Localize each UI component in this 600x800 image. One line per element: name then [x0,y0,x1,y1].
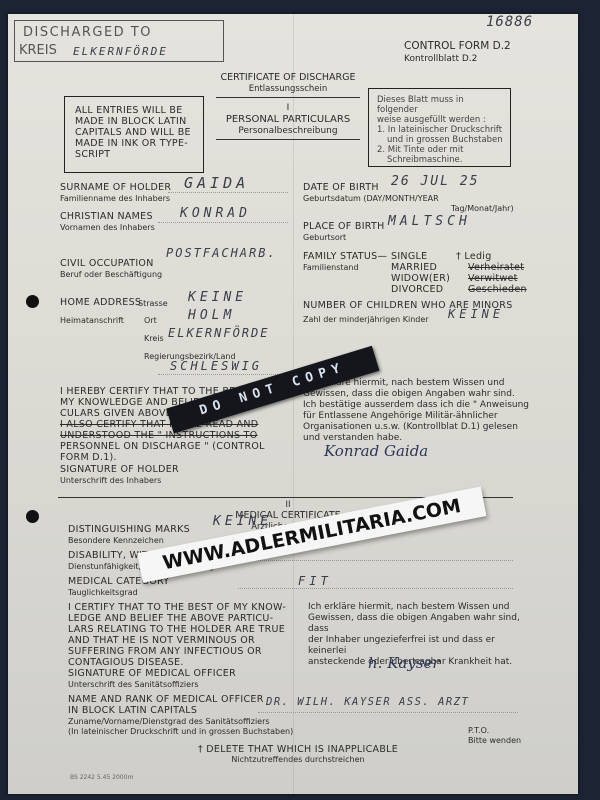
dagger-mark: † [456,251,461,262]
instruction-line: Dieses Blatt muss in folgender [377,95,504,115]
officer-signature: h. Kayser [368,654,440,672]
marks-label: DISTINGUISHING MARKS [68,524,190,535]
marks-label-de: Besondere Kennzeichen [68,536,164,546]
officer-signature-label: SIGNATURE OF MEDICAL OFFICER [68,668,236,679]
control-form-en: CONTROL FORM D.2 [404,40,511,52]
holder-signature: Konrad Gaida [324,442,428,460]
option-ledig: Ledig [464,251,491,262]
discharged-to-stamp: DISCHARGED TO KREIS ELKERNFÖRDE [14,20,224,62]
kreis-value: ELKERNFÖRDE [168,326,269,340]
section2-number: II [208,500,368,510]
instruction-line: MADE IN BLOCK LATIN [75,116,197,127]
cert-line: LARS RELATING TO THE HOLDER ARE TRUE [68,624,293,635]
instructions-box-en: ALL ENTRIES WILL BE MADE IN BLOCK LATIN … [64,96,204,173]
officer-name-label-de2: (In lateinischer Druckschrift und in gro… [68,727,293,737]
category-label-de: Tauglichkeitsgrad [68,588,138,598]
instruction-line: Schreibmaschine. [377,155,504,165]
home-address-label: HOME ADDRESS [60,297,141,308]
pto-label-de: Bitte wenden [468,736,521,746]
holder-signature-label: SIGNATURE OF HOLDER [60,464,179,475]
instruction-line: und in grossen Buchstaben [377,135,504,145]
cert-line: AND THAT HE IS NOT VERMINOUS OR [68,635,293,646]
control-form-de: Kontrollblatt D.2 [404,54,477,64]
dob-value: 26 JUL 25 [391,174,479,189]
option-single: SINGLE [391,251,450,262]
option-verwitwet: Verwitwet [456,273,527,284]
cert-line: Ich erkläre hiermit, nach bestem Wissen … [308,602,523,613]
instruction-line: 1. In lateinischer Druckschrift [377,125,504,135]
officer-signature-label-de: Unterschrift des Sanitätsoffiziers [68,680,199,690]
option-widower: WIDOW(ER) [391,273,450,284]
cert-line: LEDGE AND BELIEF THE ABOVE PARTICU- [68,613,293,624]
divider [216,97,360,98]
kreis-label: Kreis [144,334,164,344]
field-line [158,374,288,375]
certificate-title: CERTIFICATE OF DISCHARGE [208,72,368,83]
cert-line: I CERTIFY THAT TO THE BEST OF MY KNOW- [68,602,293,613]
occupation-label: CIVIL OCCUPATION [60,258,154,269]
occupation-value: POSTFACHARB. [166,246,277,260]
footer-note-de: Nichtzutreffendes durchstreichen [188,755,408,765]
option-verheiratet: Verheiratet [456,262,527,273]
pto-label: P.T.O. [468,726,489,736]
holder-signature-label-de: Unterschrift des Inhabers [60,476,161,486]
family-status-options: SINGLE MARRIED WIDOW(ER) DIVORCED [391,251,450,295]
section1-title-de: Personalbeschreibung [208,126,368,136]
dob-label: DATE OF BIRTH [303,182,379,193]
instruction-line: ALL ENTRIES WILL BE [75,105,197,116]
stamp-kreis-label: KREIS [19,43,57,58]
instruction-line: SCRIPT [75,149,197,160]
cert-line: Organisationen u.s.w. (Kontrollblat D.1)… [303,422,533,433]
occupation-label-de: Beruf oder Beschäftigung [60,270,162,280]
dob-label-de: Geburtsdatum (DAY/MONTH/YEAR [303,194,439,204]
ort-value: HOLM [188,308,235,323]
discharge-certificate: DISCHARGED TO KREIS ELKERNFÖRDE 16886 CO… [8,14,578,794]
strasse-value: KEINE [188,290,247,305]
home-address-label-de: Heimatanschrift [60,316,124,326]
stamp-kreis-value: ELKERNFÖRDE [73,45,168,58]
field-line [238,560,513,561]
surname-label: SURNAME OF HOLDER [60,182,171,193]
field-line [168,192,288,193]
cert-line: Gewissen, dass die obigen Angaben wahr s… [303,389,533,400]
option-geschieden: Geschieden [456,284,527,295]
instruction-line: weise ausgefüllt werden : [377,115,504,125]
family-status-label: FAMILY STATUS— [303,251,387,262]
children-value: KEINE [448,307,504,321]
option-divorced: DIVORCED [391,284,450,295]
holder-certification-de: Ich erkläre hiermit, nach bestem Wissen … [303,378,533,444]
print-code: BS 2242 5.45 2000m [70,774,133,781]
officer-name-label-de: Zuname/Vorname/Dienstgrad des Sanitätsof… [68,717,270,727]
option-married: MARRIED [391,262,450,273]
certificate-title-de: Entlassungsschein [208,84,368,94]
punch-hole [26,295,39,308]
punch-hole [26,510,39,523]
cert-line: FORM D.1). [60,452,290,463]
section1-title: PERSONAL PARTICULARS [208,114,368,125]
surname-value: GAIDA [184,174,249,192]
cert-line: für Entlassene Angehörige Militär-ähnlic… [303,411,533,422]
family-status-options-de: † Ledig Verheiratet Verwitwet Geschieden [456,251,527,295]
instruction-line: CAPITALS AND WILL BE [75,127,197,138]
children-label-de: Zahl der minderjährigen Kinder [303,315,429,325]
field-line [238,588,513,589]
cert-line: PERSONNEL ON DISCHARGE " (CONTROL [60,441,290,452]
field-line [258,712,518,713]
footer-note: † DELETE THAT WHICH IS INAPPLICABLE [188,744,408,755]
land-value: SCHLESWIG [170,359,262,373]
field-line [158,222,288,223]
pob-value: MALTSCH [388,214,471,229]
officer-name-value: DR. WILH. KAYSER ASS. ARZT [266,696,469,708]
instructions-box-de: Dieses Blatt muss in folgender weise aus… [368,88,511,167]
category-value: FIT [298,574,332,588]
medical-certification-en: I CERTIFY THAT TO THE BEST OF MY KNOW- L… [68,602,293,668]
officer-name-label: NAME AND RANK OF MEDICAL OFFICER [68,694,264,705]
christian-names-label-de: Vornamen des Inhabers [60,223,155,233]
strasse-label: Strasse [138,299,168,309]
cert-line: CONTAGIOUS DISEASE. [68,657,293,668]
serial-number: 16886 [486,14,533,30]
section1-number: I [208,103,368,113]
cert-line: Ich bestätige ausserdem dass ich die " A… [303,400,533,411]
instruction-line: 2. Mit Tinte oder mit [377,145,504,155]
christian-names-value: KONRAD [180,206,251,221]
surname-label-de: Familienname des Inhabers [60,194,170,204]
dob-label-de2: Tag/Monat/Jahr) [451,204,514,214]
marks-value: KEINE [213,514,272,529]
instruction-line: MADE IN INK OR TYPE- [75,138,197,149]
pob-label-de: Geburtsort [303,233,346,243]
officer-name-label2: IN BLOCK LATIN CAPITALS [68,705,197,716]
christian-names-label: CHRISTIAN NAMES [60,211,153,222]
ort-label: Ort [144,316,157,326]
cert-line: SUFFERING FROM ANY INFECTIOUS OR [68,646,293,657]
stamp-line1: DISCHARGED TO [23,25,152,40]
family-status-label-de: Familienstand [303,263,359,273]
pob-label: PLACE OF BIRTH [303,221,385,232]
divider [216,139,360,140]
cert-line: Gewissen, dass die obigen Angaben wahr s… [308,613,523,635]
